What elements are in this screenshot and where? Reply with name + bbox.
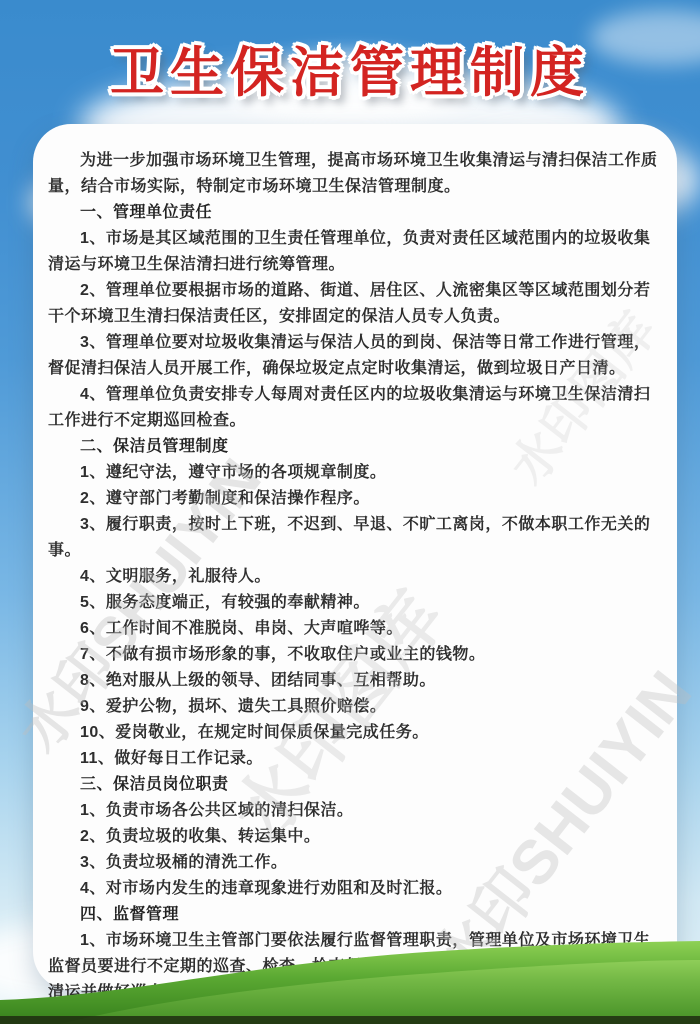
section-heading: 二、保洁员管理制度 — [48, 434, 662, 460]
section-item: 3、履行职责，按时上下班，不迟到、早退、不旷工离岗，不做本职工作无关的事。 — [48, 512, 662, 564]
section-item: 10、爱岗敬业，在规定时间保质保量完成任务。 — [48, 720, 662, 746]
section-heading: 三、保洁员岗位职责 — [48, 772, 662, 798]
section-item: 2、遵守部门考勤制度和保洁操作程序。 — [48, 486, 662, 512]
intro-paragraph: 为进一步加强市场环境卫生管理，提高市场环境卫生收集清运与清扫保洁工作质量，结合市… — [48, 148, 662, 200]
poster-background: 卫生保洁管理制度 为进一步加强市场环境卫生管理，提高市场环境卫生收集清运与清扫保… — [0, 0, 700, 1024]
section-item: 3、负责垃圾桶的清洗工作。 — [48, 850, 662, 876]
section-item: 2、负责垃圾的收集、转运集中。 — [48, 824, 662, 850]
content-panel: 为进一步加强市场环境卫生管理，提高市场环境卫生收集清运与清扫保洁工作质量，结合市… — [33, 124, 677, 990]
section: 一、管理单位责任1、市场是其区域范围的卫生责任管理单位，负责对责任区域范围内的垃… — [48, 200, 662, 434]
section-item: 1、遵纪守法，遵守市场的各项规章制度。 — [48, 460, 662, 486]
section-item: 3、管理单位要对垃圾收集清运与保洁人员的到岗、保洁等日常工作进行管理，督促清扫保… — [48, 330, 662, 382]
section-item: 6、工作时间不准脱岗、串岗、大声喧哗等。 — [48, 616, 662, 642]
section-item: 9、爱护公物，损坏、遗失工具照价赔偿。 — [48, 694, 662, 720]
section-item: 4、对市场内发生的违章现象进行劝阻和及时汇报。 — [48, 876, 662, 902]
section-item: 5、服务态度端正，有较强的奉献精神。 — [48, 590, 662, 616]
section-item: 7、不做有损市场形象的事，不收取住户或业主的钱物。 — [48, 642, 662, 668]
section: 三、保洁员岗位职责1、负责市场各公共区域的清扫保洁。2、负责垃圾的收集、转运集中… — [48, 772, 662, 902]
section-item: 11、做好每日工作记录。 — [48, 746, 662, 772]
sections-container: 一、管理单位责任1、市场是其区域范围的卫生责任管理单位，负责对责任区域范围内的垃… — [48, 200, 662, 1024]
section-heading: 一、管理单位责任 — [48, 200, 662, 226]
section-item: 8、绝对服从上级的领导、团结同事、互相帮助。 — [48, 668, 662, 694]
grass-decoration — [0, 934, 700, 1024]
section-item: 4、文明服务，礼服待人。 — [48, 564, 662, 590]
section-item: 1、市场是其区域范围的卫生责任管理单位，负责对责任区域范围内的垃圾收集清运与环境… — [48, 226, 662, 278]
section-item: 1、负责市场各公共区域的清扫保洁。 — [48, 798, 662, 824]
section-item: 4、管理单位负责安排专人每周对责任区内的垃圾收集清运与环境卫生保洁清扫工作进行不… — [48, 382, 662, 434]
section: 二、保洁员管理制度1、遵纪守法，遵守市场的各项规章制度。2、遵守部门考勤制度和保… — [48, 434, 662, 772]
poster-title: 卫生保洁管理制度 — [0, 30, 700, 107]
document-body: 为进一步加强市场环境卫生管理，提高市场环境卫生收集清运与清扫保洁工作质量，结合市… — [48, 148, 662, 1024]
section-item: 2、管理单位要根据市场的道路、街道、居住区、人流密集区等区域范围划分若干个环境卫… — [48, 278, 662, 330]
section-heading: 四、监督管理 — [48, 902, 662, 928]
